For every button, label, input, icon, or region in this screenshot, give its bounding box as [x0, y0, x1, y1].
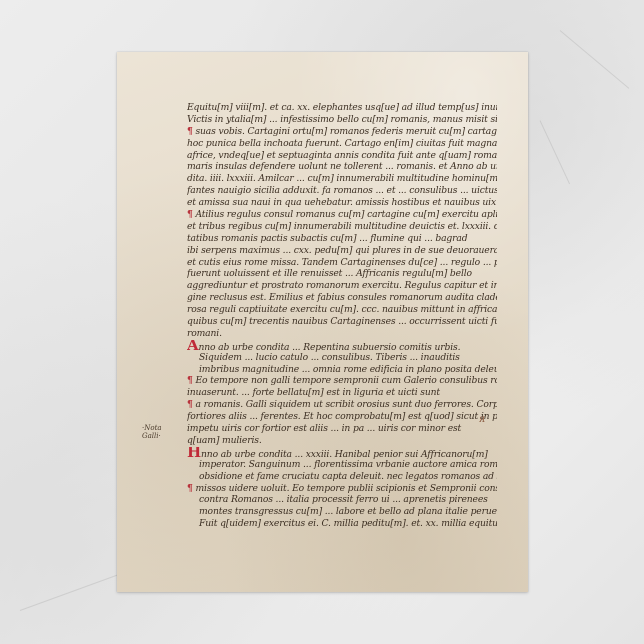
manuscript-line: contra Romanos ... italia processit ferr… — [187, 494, 497, 506]
marble-vein — [20, 569, 133, 611]
line-text: Eo tempore non galli tempore sempronii c… — [193, 375, 497, 386]
manuscript-line: obsidione et fame cruciatu capta deleuit… — [187, 471, 497, 483]
rubricated-initial: H — [187, 447, 201, 459]
line-text: suas vobis. Cartagini ortu[m] romanos fe… — [193, 126, 497, 137]
manuscript-line: Anno ab urbe condita ... Repentina subue… — [187, 340, 497, 352]
manuscript-line: maris insulas defendere uolunt ne toller… — [187, 161, 497, 173]
manuscript-line: tatibus romanis pactis subactis cu[m] ..… — [187, 233, 497, 245]
manuscript-line: fantes nauigio sicilia adduxit. fa roman… — [187, 185, 497, 197]
manuscript-line: dita. iiii. lxxxiii. Amilcar ... cu[m] i… — [187, 173, 497, 185]
manuscript-line: et tribus regibus cu[m] innumerabili mul… — [187, 221, 497, 233]
manuscript-line: fuerunt uoluissent et ille renuisset ...… — [187, 268, 497, 280]
manuscript-line: ¶ Atilius regulus consul romanus cu[m] c… — [187, 209, 497, 221]
manuscript-line: rosa reguli captiuitate exercitu cu[m]. … — [187, 304, 497, 316]
margin-note: ·Nota Galli· — [142, 424, 162, 440]
manuscript-line: hoc punica bella inchoata fuerunt. Carta… — [187, 138, 497, 150]
margin-note-line: ·Nota — [142, 424, 162, 432]
manuscript-line: quibus cu[m] trecentis nauibus Cartagine… — [187, 316, 497, 328]
manuscript-line: romani. — [187, 328, 497, 340]
manuscript-line: Victis in ytalia[m] ... infestissimo bel… — [187, 114, 497, 126]
manuscript-line: ¶ a romanis. Galli siquidem ut scribit o… — [187, 399, 497, 411]
manuscript-line: ¶ missos uidere uoluit. Eo tempore publi… — [187, 483, 497, 495]
manuscript-line: et cutis eius rome missa. Tandem Cartagi… — [187, 257, 497, 269]
manuscript-page: ·Nota Galli· ᴙ Equitu[m] viii[m]. et ca.… — [117, 52, 528, 592]
manuscript-line: Fuit q[uidem] exercitus ei. C. millia pe… — [187, 518, 497, 530]
manuscript-line: impetu uiris cor fortior est aliis ... i… — [187, 423, 497, 435]
line-text: nno ab urbe condita ... xxxiii. Hanibal … — [201, 449, 488, 459]
line-text: a romanis. Galli siquidem ut scribit oro… — [193, 399, 497, 410]
manuscript-line: Hnno ab urbe condita ... xxxiii. Hanibal… — [187, 447, 497, 459]
manuscript-line: aggrediuntur et prostrato romanorum exer… — [187, 280, 497, 292]
text-block: Equitu[m] viii[m]. et ca. xx. elephantes… — [187, 102, 497, 530]
manuscript-line: ¶ suas vobis. Cartagini ortu[m] romanos … — [187, 126, 497, 138]
manuscript-line: imbribus magnitudine ... omnia rome edif… — [187, 364, 497, 376]
manuscript-line: gine reclusus est. Emilius et fabius con… — [187, 292, 497, 304]
manuscript-line: et amissa sua naui in qua uehebatur. ami… — [187, 197, 497, 209]
manuscript-line: Equitu[m] viii[m]. et ca. xx. elephantes… — [187, 102, 497, 114]
manuscript-line: ¶ Eo tempore non galli tempore sempronii… — [187, 375, 497, 387]
manuscript-line: Siquidem ... lucio catulo ... consulibus… — [187, 352, 497, 364]
manuscript-line: fortiores aliis ... ferentes. Et hoc com… — [187, 411, 497, 423]
line-text: missos uidere uoluit. Eo tempore publii … — [193, 483, 497, 494]
manuscript-line: africe, vndeq[ue] et septuaginta annis c… — [187, 150, 497, 162]
marble-vein — [560, 30, 630, 89]
margin-note-line: Galli· — [142, 432, 162, 440]
manuscript-line: montes transgressus cu[m] ... labore et … — [187, 506, 497, 518]
manuscript-line: ibi serpens maximus ... cxx. pedu[m] qui… — [187, 245, 497, 257]
line-text: nno ab urbe condita ... Repentina subuer… — [199, 342, 461, 352]
line-text: Atilius regulus consul romanus cu[m] car… — [193, 209, 497, 220]
rubricated-initial: A — [187, 340, 199, 352]
manuscript-line: q[uam] mulieris. — [187, 435, 497, 447]
manuscript-line: imperator. Sanguinum ... florentissima v… — [187, 459, 497, 471]
manuscript-line: inuaserunt. ... forte bellatu[m] est in … — [187, 387, 497, 399]
marble-vein — [540, 120, 570, 184]
